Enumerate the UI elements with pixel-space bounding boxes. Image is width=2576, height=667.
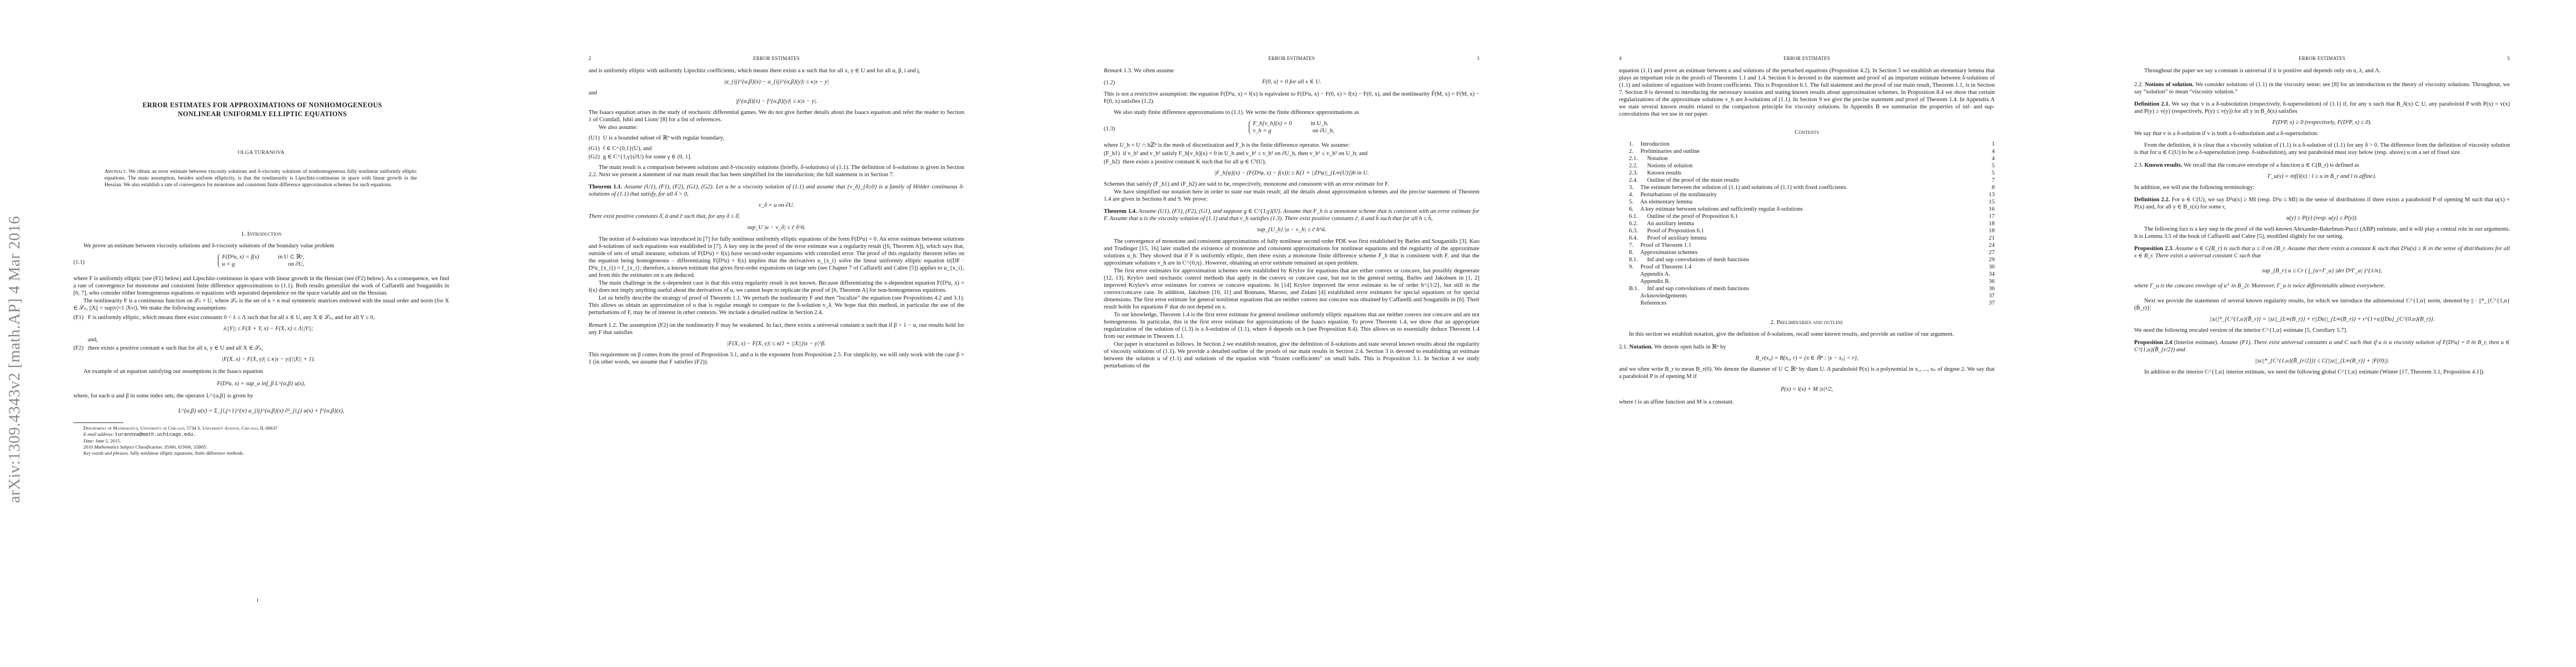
paragraph: where, for each α and β in some index se… <box>73 392 449 400</box>
proposition-heading: Proposition 2.3. <box>2134 246 2174 252</box>
toc-entry-page: 7 <box>1992 177 1995 184</box>
toc-entry[interactable]: B.1. Inf and sup convolutions of mesh fu… <box>1629 285 1995 292</box>
equation: sup_{U_h} |u − v_h| ≤ c̄ h^ᾱ. <box>1104 226 1479 233</box>
operator-equation: L^{α,β} u(x) = Σ_{i,j=1}^{n} a_{ij}^{α,β… <box>73 407 449 415</box>
toc-entry-label: Acknowledgements <box>1640 293 1687 299</box>
toc-entry-title: 2.2. Notions of solution <box>1629 162 1692 170</box>
keywords-line: Key words and phrases. fully nonlinear e… <box>83 450 449 456</box>
arxiv-stamp: arXiv:1309.4343v2 [math.AP] 4 Mar 2016 <box>6 216 24 503</box>
equation: u(y) ≥ P(y) (resp. u(y) ≤ P(y)). <box>2134 215 2510 222</box>
msc-label: Mathematics Subject Classification. <box>94 444 163 450</box>
paragraph: We prove an estimate between viscosity s… <box>73 242 449 250</box>
section-heading: 1. Introduction <box>73 231 449 238</box>
definition-text: We say that v is a δ-solution if v is bo… <box>2134 130 2510 137</box>
equation-1-3: (1.3) F_h[v_h](x) = 0in U_h, v_h = gon ∂… <box>1104 120 1479 138</box>
theorem-heading: Theorem 1.4. <box>1104 208 1137 215</box>
title-line-2: NONLINEAR UNIFORMLY ELLIPTIC EQUATIONS <box>51 109 474 118</box>
toc-entry-page: 37 <box>1989 300 1995 307</box>
toc-entry-number: 2.4. <box>1629 177 1646 184</box>
toc-entry-number: B.1. <box>1629 285 1646 292</box>
toc-entry[interactable]: 6.2. An auxiliary lemma18 <box>1629 220 1995 227</box>
paragraph: This requirement on β comes from the pro… <box>589 351 964 366</box>
toc-entry-page: 15 <box>1989 198 1995 206</box>
equation-line: v_h = g <box>1253 128 1271 134</box>
remark-1-3: Remark 1.3. We often assume <box>1104 67 1479 74</box>
assumption-fh2: (F_h2)there exists a positive constant K… <box>1104 158 1479 166</box>
toc-entry-label: Notation <box>1647 156 1668 162</box>
toc-entry-label: Notions of solution <box>1647 163 1693 169</box>
toc-entry-page: 21 <box>1989 235 1995 242</box>
assumption-label: (F_h1) <box>1104 150 1123 157</box>
toc-entry-label: Appendix B. <box>1640 278 1670 285</box>
page-number: 5 <box>2507 56 2510 61</box>
subsection-heading: Notation. <box>1630 344 1653 350</box>
remark-text: We often assume <box>1134 68 1174 74</box>
toc-entry-title: 6.2. An auxiliary lemma <box>1629 220 1694 227</box>
equation-condition: in U_h, <box>1311 120 1328 127</box>
definition-text: We say that v is a δ-subsolution (respec… <box>2134 101 2510 115</box>
assumption-text: there exists a positive constant κ such … <box>88 345 449 352</box>
paragraph: In addition, we will use the following t… <box>2134 184 2510 191</box>
equation-condition: on ∂U, <box>288 261 304 268</box>
toc-entry-number: 2.1. <box>1629 155 1646 162</box>
toc-entry-label: The estimate between the solution of (1.… <box>1640 185 1847 191</box>
toc-entry-number: 2. <box>1629 148 1639 155</box>
theorem-text: Assume (U1), (F1), (F2), (G1), (G2). Let… <box>589 184 964 197</box>
toc-entry-title: 2.3. Known results <box>1629 170 1681 177</box>
toc-entry-number: 3. <box>1629 184 1639 191</box>
equation: sup_{B_r} u ≤ Cr ( ∫_{u=Γ_u} |det D²Γ_u|… <box>2134 267 2510 275</box>
equation: ||u||*_{C^{1,α}(B̄_r)} = ||u||_{L∞(B_r)}… <box>2134 316 2510 323</box>
page-2-body: and is uniformly elliptic with uniformly… <box>589 67 964 366</box>
toc-entry-page: 16 <box>1989 206 1995 213</box>
toc-entry[interactable]: 6. A key estimate between solutions and … <box>1629 206 1995 213</box>
paragraph: The first error estimates for approximat… <box>1104 267 1479 311</box>
toc-entry[interactable]: 6.3. Proof of Proposition 6.118 <box>1629 227 1995 235</box>
equation: Γ_u(x) = inf{l(x) : l ≥ u in B_r and l i… <box>2134 173 2510 180</box>
toc-entry-title: References <box>1629 300 1667 307</box>
assumption-label: (U1) <box>589 135 603 142</box>
toc-entry-page: 30 <box>1989 263 1995 271</box>
assumption-g1: (G1)f ∈ C^{0,1}(U), and <box>589 145 964 152</box>
toc-entry-page: 5 <box>1992 162 1995 170</box>
proposition-text: Assume u ∈ C(B_r) is such that u ≤ 0 on … <box>2134 246 2510 259</box>
toc-entry[interactable]: 1. Introduction1 <box>1629 141 1995 148</box>
running-title: ERROR ESTIMATES <box>1619 56 1995 61</box>
toc-entry-title: 5. An elementary lemma <box>1629 198 1692 206</box>
toc-entry-page: 37 <box>1989 292 1995 300</box>
page-1: arXiv:1309.4343v2 [math.AP] 4 Mar 2016 E… <box>0 0 515 667</box>
toc-entry[interactable]: 2.2. Notions of solution5 <box>1629 162 1995 170</box>
toc-entry[interactable]: 2.3. Known results5 <box>1629 170 1995 177</box>
definition-text: For u ∈ C(U), we say D²u(x) ≥ MI (resp. … <box>2134 197 2510 210</box>
toc-entry-title: Appendix B. <box>1629 278 1670 285</box>
paragraph: Let us briefly describe the strategy of … <box>589 295 964 316</box>
toc-entry-page: 1 <box>1992 141 1995 148</box>
paragraph: We also assume: <box>589 124 964 131</box>
toc-entry-number: 2.2. <box>1629 162 1646 170</box>
paragraph: Schemes that satisfy (F_h1) and (F_h2) a… <box>1104 181 1479 188</box>
proposition-heading: Proposition 2.4 <box>2134 340 2173 346</box>
equation-number: (1.3) <box>1104 126 1115 133</box>
paper-title: ERROR ESTIMATES FOR APPROXIMATIONS OF NO… <box>51 101 474 118</box>
equation-1-1: (1.1) F(D²u, x) = f(x)in U ⊂ ℝⁿ, u = gon… <box>73 253 449 271</box>
assumption-label: (F_h2) <box>1104 158 1123 166</box>
date-line: Date: June 5, 2015. <box>83 438 449 444</box>
running-title: ERROR ESTIMATES <box>1104 56 1479 61</box>
toc-entry-label: A key estimate between solutions and suf… <box>1640 206 1803 212</box>
proposition-2-3: Proposition 2.3. Assume u ∈ C(B_r) is su… <box>2134 245 2510 290</box>
assumption-text: U is a bounded subset of ℝⁿ with regular… <box>603 135 964 142</box>
paragraph: In this section we establish notation, g… <box>1619 331 1995 338</box>
page-number: 1 <box>0 598 515 604</box>
equation: P(x) = l(x) + M |x|²/2, <box>1619 386 1995 393</box>
toc-entry-number: 1. <box>1629 141 1639 148</box>
toc-entry-page: 34 <box>1989 271 1995 278</box>
toc-entry-number: 8. <box>1629 249 1639 256</box>
subsection-notation: 2.1. Notation. We denote open balls in ℝ… <box>1619 344 1995 351</box>
toc-entry-page: 4 <box>1992 148 1995 155</box>
equation-line: u = g <box>222 261 235 267</box>
paragraph: The main result is a comparison between … <box>589 164 964 178</box>
isaacs-equation: F(D²u, x) = sup_α inf_β L^{α,β} u(x), <box>73 380 449 387</box>
keywords-label: Key words and phrases. <box>83 450 129 456</box>
definition-2-1: Definition 2.1. We say that v is a δ-sub… <box>2134 101 2510 137</box>
toc-entry-title: 6.4. Proof of auxiliary lemma <box>1629 235 1706 242</box>
toc-entry-label: Proof of Proposition 6.1 <box>1647 228 1704 234</box>
toc-entry[interactable]: Acknowledgements37 <box>1629 292 1995 300</box>
toc-entry[interactable]: 6.1. Outline of the proof of Proposition… <box>1629 213 1995 220</box>
theorem-heading: Theorem 1.1. <box>589 184 622 190</box>
equation-condition: on ∂U_h, <box>1312 127 1334 135</box>
toc-entry-number: 6.1. <box>1629 213 1646 220</box>
section-heading: 2. Preliminaries and outline <box>1619 319 1995 326</box>
proposition-subtitle: (Interior estimate). <box>2174 340 2219 346</box>
footnotes: Department of Mathematics, University of… <box>73 425 449 456</box>
toc-entry-title: 8. Approximation schemes <box>1629 249 1697 256</box>
equation: B_r(x₀) = B(x₀, r) = {x ∈ ℝⁿ : |x − x₀| … <box>1619 355 1995 362</box>
assumption-text: f ∈ C^{0,1}(U), and <box>603 145 964 152</box>
page-3-body: Remark 1.3. We often assume (1.2) F(0, x… <box>1104 67 1479 370</box>
email-link[interactable]: turanova@math.uchicago.edu. <box>115 432 196 437</box>
page-2: 2 ERROR ESTIMATES and is uniformly ellip… <box>515 0 1030 667</box>
equation-line: F(D²u, x) = f(x) <box>222 254 259 260</box>
assumption-text: g ∈ C^{1,γ}(∂U) for some γ ∈ (0, 1]. <box>603 153 964 161</box>
toc-entry-title: Acknowledgements <box>1629 292 1687 300</box>
toc-entry[interactable]: 7. Proof of Theorem 1.124 <box>1629 242 1995 249</box>
date-label: Date: <box>83 438 94 444</box>
page-4-body: equation (1.1) and prove an estimate bet… <box>1619 67 1995 406</box>
paragraph: We have simplified our notation here in … <box>1104 188 1479 203</box>
toc-entry-page: 5 <box>1992 170 1995 177</box>
toc-entry-page: 36 <box>1989 285 1995 292</box>
subsection-notions: 2.2. Notions of solution. We consider so… <box>2134 81 2510 96</box>
assumption-text: F is uniformly elliptic, which means the… <box>88 314 449 321</box>
toc-entry-page: 36 <box>1989 278 1995 285</box>
paragraph: To our knowledge, Theorem 1.4 is the fir… <box>1104 311 1479 340</box>
paragraph: We also study finite difference approxim… <box>1104 109 1479 116</box>
toc-entry-page: 4 <box>1992 155 1995 162</box>
proposition-text: where Γ_u is the concave envelope of u⁺ … <box>2134 282 2510 290</box>
toc-entry-title: 8.1. Inf and sup convolutions of mesh fu… <box>1629 256 1749 263</box>
paragraph: Throughout the paper we say a constant i… <box>2134 67 2510 74</box>
assumption-list: (U1)U is a bounded subset of ℝⁿ with reg… <box>589 135 964 161</box>
toc-entry[interactable]: Appendix B.36 <box>1629 278 1995 285</box>
subsection-text: We recall that the concave envelope of a… <box>2184 162 2359 168</box>
toc-entry-label: Proof of auxiliary lemma <box>1647 235 1707 241</box>
equation-1-2: (1.2) F(0, x) = 0 for all x ∈ U. <box>1104 78 1479 87</box>
toc-entry-label: References <box>1641 300 1667 306</box>
page-4: 4 ERROR ESTIMATES equation (1.1) and pro… <box>1546 0 2061 667</box>
remark-heading: Remark <box>1104 68 1122 74</box>
paragraph: This is not a restrictive assumption: th… <box>1104 91 1479 105</box>
cases-brace: F_h[v_h](x) = 0in U_h, v_h = gon ∂U_h, <box>1249 120 1334 135</box>
toc-entry-title: Appendix A. <box>1629 271 1670 278</box>
toc-entry-title: 1. Introduction <box>1629 141 1670 148</box>
toc-entry-label: Proof of Theorem 1.4 <box>1641 264 1692 270</box>
toc-entry-label: Inf and sup convolutions of mesh functio… <box>1647 257 1750 263</box>
equation-number: (1.2) <box>1104 79 1115 86</box>
paragraph: We need the following rescaled version o… <box>2134 327 2510 334</box>
subsection-heading: Known results. <box>2145 162 2183 168</box>
toc-entry-title: 3. The estimate between the solution of … <box>1629 184 1847 191</box>
toc-entry[interactable]: 4. Perturbations of the nonlinearity13 <box>1629 191 1995 198</box>
toc-entry[interactable]: 8.1. Inf and sup convolutions of mesh fu… <box>1629 256 1995 263</box>
assumption-g2: (G2)g ∈ C^{1,γ}(∂U) for some γ ∈ (0, 1]. <box>589 153 964 161</box>
paragraph: and is uniformly elliptic with uniformly… <box>589 67 964 74</box>
toc-entry[interactable]: Appendix A.34 <box>1629 271 1995 278</box>
toc-entry-title: 6. A key estimate between solutions and … <box>1629 206 1803 213</box>
definition-2-2: Definition 2.2. For u ∈ C(U), we say D²u… <box>2134 196 2510 222</box>
paragraph: where l is an affine function and M is a… <box>1619 399 1995 406</box>
assumption-f2: (F2) there exists a positive constant κ … <box>73 345 449 367</box>
running-title: ERROR ESTIMATES <box>2134 56 2510 61</box>
definition-heading: Definition 2.1. <box>2134 101 2170 107</box>
theorem-text: Assume (U1), (F1), (F2), (G1), and suppo… <box>1104 208 1479 222</box>
abstract-text: We obtain an error estimate between visc… <box>104 169 417 188</box>
equation: |F_h[φ](x) − (F(D²φ, x) − f(x))| ≤ K(1 +… <box>1104 170 1479 177</box>
email-label: E-mail address: <box>83 431 114 437</box>
toc-entry[interactable]: References37 <box>1629 300 1995 307</box>
equation: ||u||*_{C^{1,α}(B̄_{r/2})} ≤ C(||u||_{L∞… <box>2134 357 2510 365</box>
theorem-text: There exist positive constants δ̄, ᾱ and… <box>589 213 964 220</box>
theorem-1-4: Theorem 1.4. Assume (U1), (F1), (F2), (G… <box>1104 208 1479 233</box>
toc-entry-label: Proof of Theorem 1.1 <box>1641 242 1692 248</box>
toc-entry[interactable]: 3. The estimate between the solution of … <box>1629 184 1995 191</box>
subsection-number: 2.2. <box>2134 82 2143 88</box>
toc-entry-label: An elementary lemma <box>1640 199 1692 205</box>
cases-brace: F(D²u, x) = f(x)in U ⊂ ℝⁿ, u = gon ∂U, <box>218 253 304 268</box>
proposition-2-4: Proposition 2.4 (Interior estimate). Ass… <box>2134 339 2510 365</box>
toc-entry-number: 2.3. <box>1629 170 1646 177</box>
equation-number: (1.1) <box>73 259 84 266</box>
subsection-number: 2.3. <box>2134 162 2143 168</box>
assumption-text: there exists a positive constant K such … <box>1123 158 1479 166</box>
page-3: ERROR ESTIMATES 3 Remark 1.3. We often a… <box>1030 0 1546 667</box>
paragraph: where U_h = U ∩ hℤⁿ is the mesh of discr… <box>1104 142 1479 149</box>
toc-entry-title: 2.4. Outline of the proof of the main re… <box>1629 177 1739 184</box>
subsection-heading: Notions of solution. <box>2145 82 2194 88</box>
paragraph: and we often write B_r to mean B_r(0). W… <box>1619 366 1995 380</box>
assumption-u1: (U1)U is a bounded subset of ℝⁿ with reg… <box>589 135 964 142</box>
toc-entry-number: 4. <box>1629 191 1639 198</box>
toc-entry-label: Introduction <box>1641 141 1670 147</box>
equation: v_δ = u on ∂U. <box>589 202 964 209</box>
paragraph: where F is uniformly elliptic (see (F1) … <box>73 275 449 297</box>
toc-entry-label: Known results <box>1647 170 1682 176</box>
toc-entry-label: Perturbations of the nonlinearity <box>1641 192 1717 198</box>
remark-text: The assumption (F2) on the nonlinearity … <box>589 322 964 336</box>
paragraph: From the definition, it is clear that a … <box>2134 142 2510 156</box>
toc-entry[interactable]: 2.4. Outline of the proof of the main re… <box>1629 177 1995 184</box>
toc-entry-title: 4. Perturbations of the nonlinearity <box>1629 191 1717 198</box>
equation: F(0, x) = 0 for all x ∈ U. <box>1104 78 1479 86</box>
paragraph: The convergence of monotone and consiste… <box>1104 238 1479 267</box>
toc-entry-title: 6.3. Proof of Proposition 6.1 <box>1629 227 1704 235</box>
toc-entry-number: 6. <box>1629 206 1639 213</box>
toc-entry-title: 7. Proof of Theorem 1.1 <box>1629 242 1691 249</box>
footnote-rule <box>73 422 123 423</box>
page-number: 3 <box>1477 56 1479 61</box>
keywords-value: fully nonlinear elliptic equations, fini… <box>130 450 244 456</box>
theorem-1-1: Theorem 1.1. Assume (U1), (F1), (F2), (G… <box>589 183 964 231</box>
toc-entry-page: 18 <box>1989 220 1995 227</box>
toc-entry-number: 6.4. <box>1629 235 1646 242</box>
equation: F(D²P, x) ≥ 0 (respectively, F(D²P, x) ≤… <box>2134 119 2510 126</box>
page-5: ERROR ESTIMATES 5 Throughout the paper w… <box>2061 0 2576 667</box>
subsection-number: 2.1. <box>1619 344 1628 350</box>
toc-entry-page: 17 <box>1989 213 1995 220</box>
msc-codes: 35J60, 65N06, 35B05. <box>164 444 207 450</box>
paragraph: The notion of δ-solutions was introduced… <box>589 236 964 279</box>
author: OLGA TURANOVA <box>73 150 449 156</box>
date-value: June 5, 2015. <box>96 438 121 444</box>
toc-entry-label: An auxiliary lemma <box>1647 221 1694 227</box>
paragraph: and <box>589 89 964 97</box>
equation: λ||Y|| ≤ F(X + Y, x) − F(X, x) ≤ Λ||Y||; <box>88 325 449 332</box>
toc-entry-label: Outline of the proof of Proposition 6.1 <box>1647 213 1738 220</box>
subsection-text: We denote open balls in ℝⁿ by <box>1654 344 1726 350</box>
table-of-contents: 1. Introduction12. Preliminaries and out… <box>1629 141 1995 307</box>
toc-entry-label: Outline of the proof of the main results <box>1647 177 1740 183</box>
toc-entry-title: 6.1. Outline of the proof of Proposition… <box>1629 213 1738 220</box>
email-line: E-mail address: turanova@math.uchicago.e… <box>83 431 449 438</box>
page-1-body: 1. Introduction We prove an estimate bet… <box>73 231 449 456</box>
toc-entry-number: 7. <box>1629 242 1639 249</box>
equation: |a_{ij}^{α,β}(x) − a_{ij}^{α,β}(y)| ≤ κ|… <box>589 78 964 86</box>
remark-1-2: Remark 1.2. The assumption (F2) on the n… <box>589 322 964 347</box>
toc-entry-page: 29 <box>1989 256 1995 263</box>
toc-entry-page: 18 <box>1989 227 1995 235</box>
paragraph: The following fact is a key step in the … <box>2134 226 2510 240</box>
toc-entry-title: 2. Preliminaries and outline <box>1629 148 1700 155</box>
toc-entry[interactable]: 9. Proof of Theorem 1.430 <box>1629 263 1995 271</box>
remark-number: 1.3. <box>1124 68 1133 74</box>
toc-entry-number: 6.2. <box>1629 220 1646 227</box>
paragraph: equation (1.1) and prove an estimate bet… <box>1619 67 1995 118</box>
toc-entry[interactable]: 2.1. Notation4 <box>1629 155 1995 162</box>
assumption-label: (G2) <box>589 153 603 161</box>
equation: |F(X, x) − F(X, y)| ≤ κ|x − y|(||X|| + 1… <box>88 356 449 363</box>
toc-entry-number: 9. <box>1629 263 1639 271</box>
toc-entry-label: Appendix A. <box>1640 271 1670 277</box>
remark-number: 1.2. <box>609 322 617 328</box>
toc-entry-page: 27 <box>1989 249 1995 256</box>
paragraph: The nonlinearity F is a continuous funct… <box>73 297 449 312</box>
contents-heading: Contents <box>1619 129 1995 136</box>
abstract-label: Abstract. <box>104 169 127 175</box>
definition-heading: Definition 2.2. <box>2134 197 2170 203</box>
toc-entry-label: Preliminaries and outline <box>1641 148 1700 155</box>
toc-entry-number: 5. <box>1629 198 1639 206</box>
toc-entry-page: 24 <box>1989 242 1995 249</box>
toc-entry-page: 13 <box>1989 191 1995 198</box>
paragraph: Next we provide the statements of severa… <box>2134 297 2510 312</box>
toc-entry-number: 6.3. <box>1629 227 1646 235</box>
equation: sup_U |u − v_δ| ≤ c̄ δ^ᾱ. <box>589 224 964 231</box>
assumption-fh1: (F_h1)if v_h¹ and v_h² satisfy F_h[v_h](… <box>1104 150 1479 157</box>
toc-entry-title: 2.1. Notation <box>1629 155 1668 162</box>
assumption-text: and, <box>88 336 449 344</box>
remark-heading: Remark <box>589 322 607 328</box>
paragraph: The Isaacs equation arises in the study … <box>589 109 964 123</box>
toc-entry[interactable]: 2. Preliminaries and outline4 <box>1629 148 1995 155</box>
msc-line: 2010 Mathematics Subject Classification.… <box>83 444 449 450</box>
equation-line: F_h[v_h](x) = 0 <box>1253 121 1292 127</box>
toc-entry-title: 9. Proof of Theorem 1.4 <box>1629 263 1691 271</box>
toc-entry[interactable]: 6.4. Proof of auxiliary lemma21 <box>1629 235 1995 242</box>
toc-entry-page: 8 <box>1992 184 1995 191</box>
toc-entry[interactable]: 8. Approximation schemes27 <box>1629 249 1995 256</box>
paragraph: The main challenge in the x-dependent ca… <box>589 280 964 294</box>
subsection-known-results: 2.3. Known results. We recall that the c… <box>2134 162 2510 169</box>
abstract: Abstract. We obtain an error estimate be… <box>104 168 417 188</box>
toc-entry[interactable]: 5. An elementary lemma15 <box>1629 198 1995 206</box>
assumption-label: (G1) <box>589 145 603 152</box>
assumption-label: (F2) <box>73 345 88 367</box>
title-line-1: ERROR ESTIMATES FOR APPROXIMATIONS OF NO… <box>51 101 474 109</box>
affiliation: Department of Mathematics, University of… <box>83 425 449 431</box>
paragraph: In addition to the interior C^{1,α} inte… <box>2134 369 2510 376</box>
equation-condition: in U ⊂ ℝⁿ, <box>278 253 305 261</box>
assumption-label: (F1) <box>73 314 88 344</box>
toc-entry-title: B.1. Inf and sup convolutions of mesh fu… <box>1629 285 1749 292</box>
toc-entry-label: Inf and sup convolutions of mesh functio… <box>1647 286 1750 292</box>
toc-entry-number: 8.1. <box>1629 256 1646 263</box>
assumption-text: if v_h¹ and v_h² satisfy F_h[v_h](x) = 0… <box>1123 150 1479 157</box>
page-5-body: Throughout the paper we say a constant i… <box>2134 67 2510 376</box>
paragraph: Our paper is structured as follows. In S… <box>1104 341 1479 370</box>
msc-year: 2010 <box>83 444 93 450</box>
toc-entry-label: Approximation schemes <box>1640 250 1697 256</box>
paragraph: An example of an equation satisfying our… <box>73 368 449 375</box>
assumption-f1: (F1) F is uniformly elliptic, which mean… <box>73 314 449 344</box>
equation: |F(X, x) − F(X, y)| ≤ κ(1 + ||X||)|x − y… <box>589 340 964 347</box>
running-title: ERROR ESTIMATES <box>589 56 964 61</box>
equation: |f^{α,β}(x) − f^{α,β}(y)| ≤ κ|x − y|. <box>589 98 964 105</box>
